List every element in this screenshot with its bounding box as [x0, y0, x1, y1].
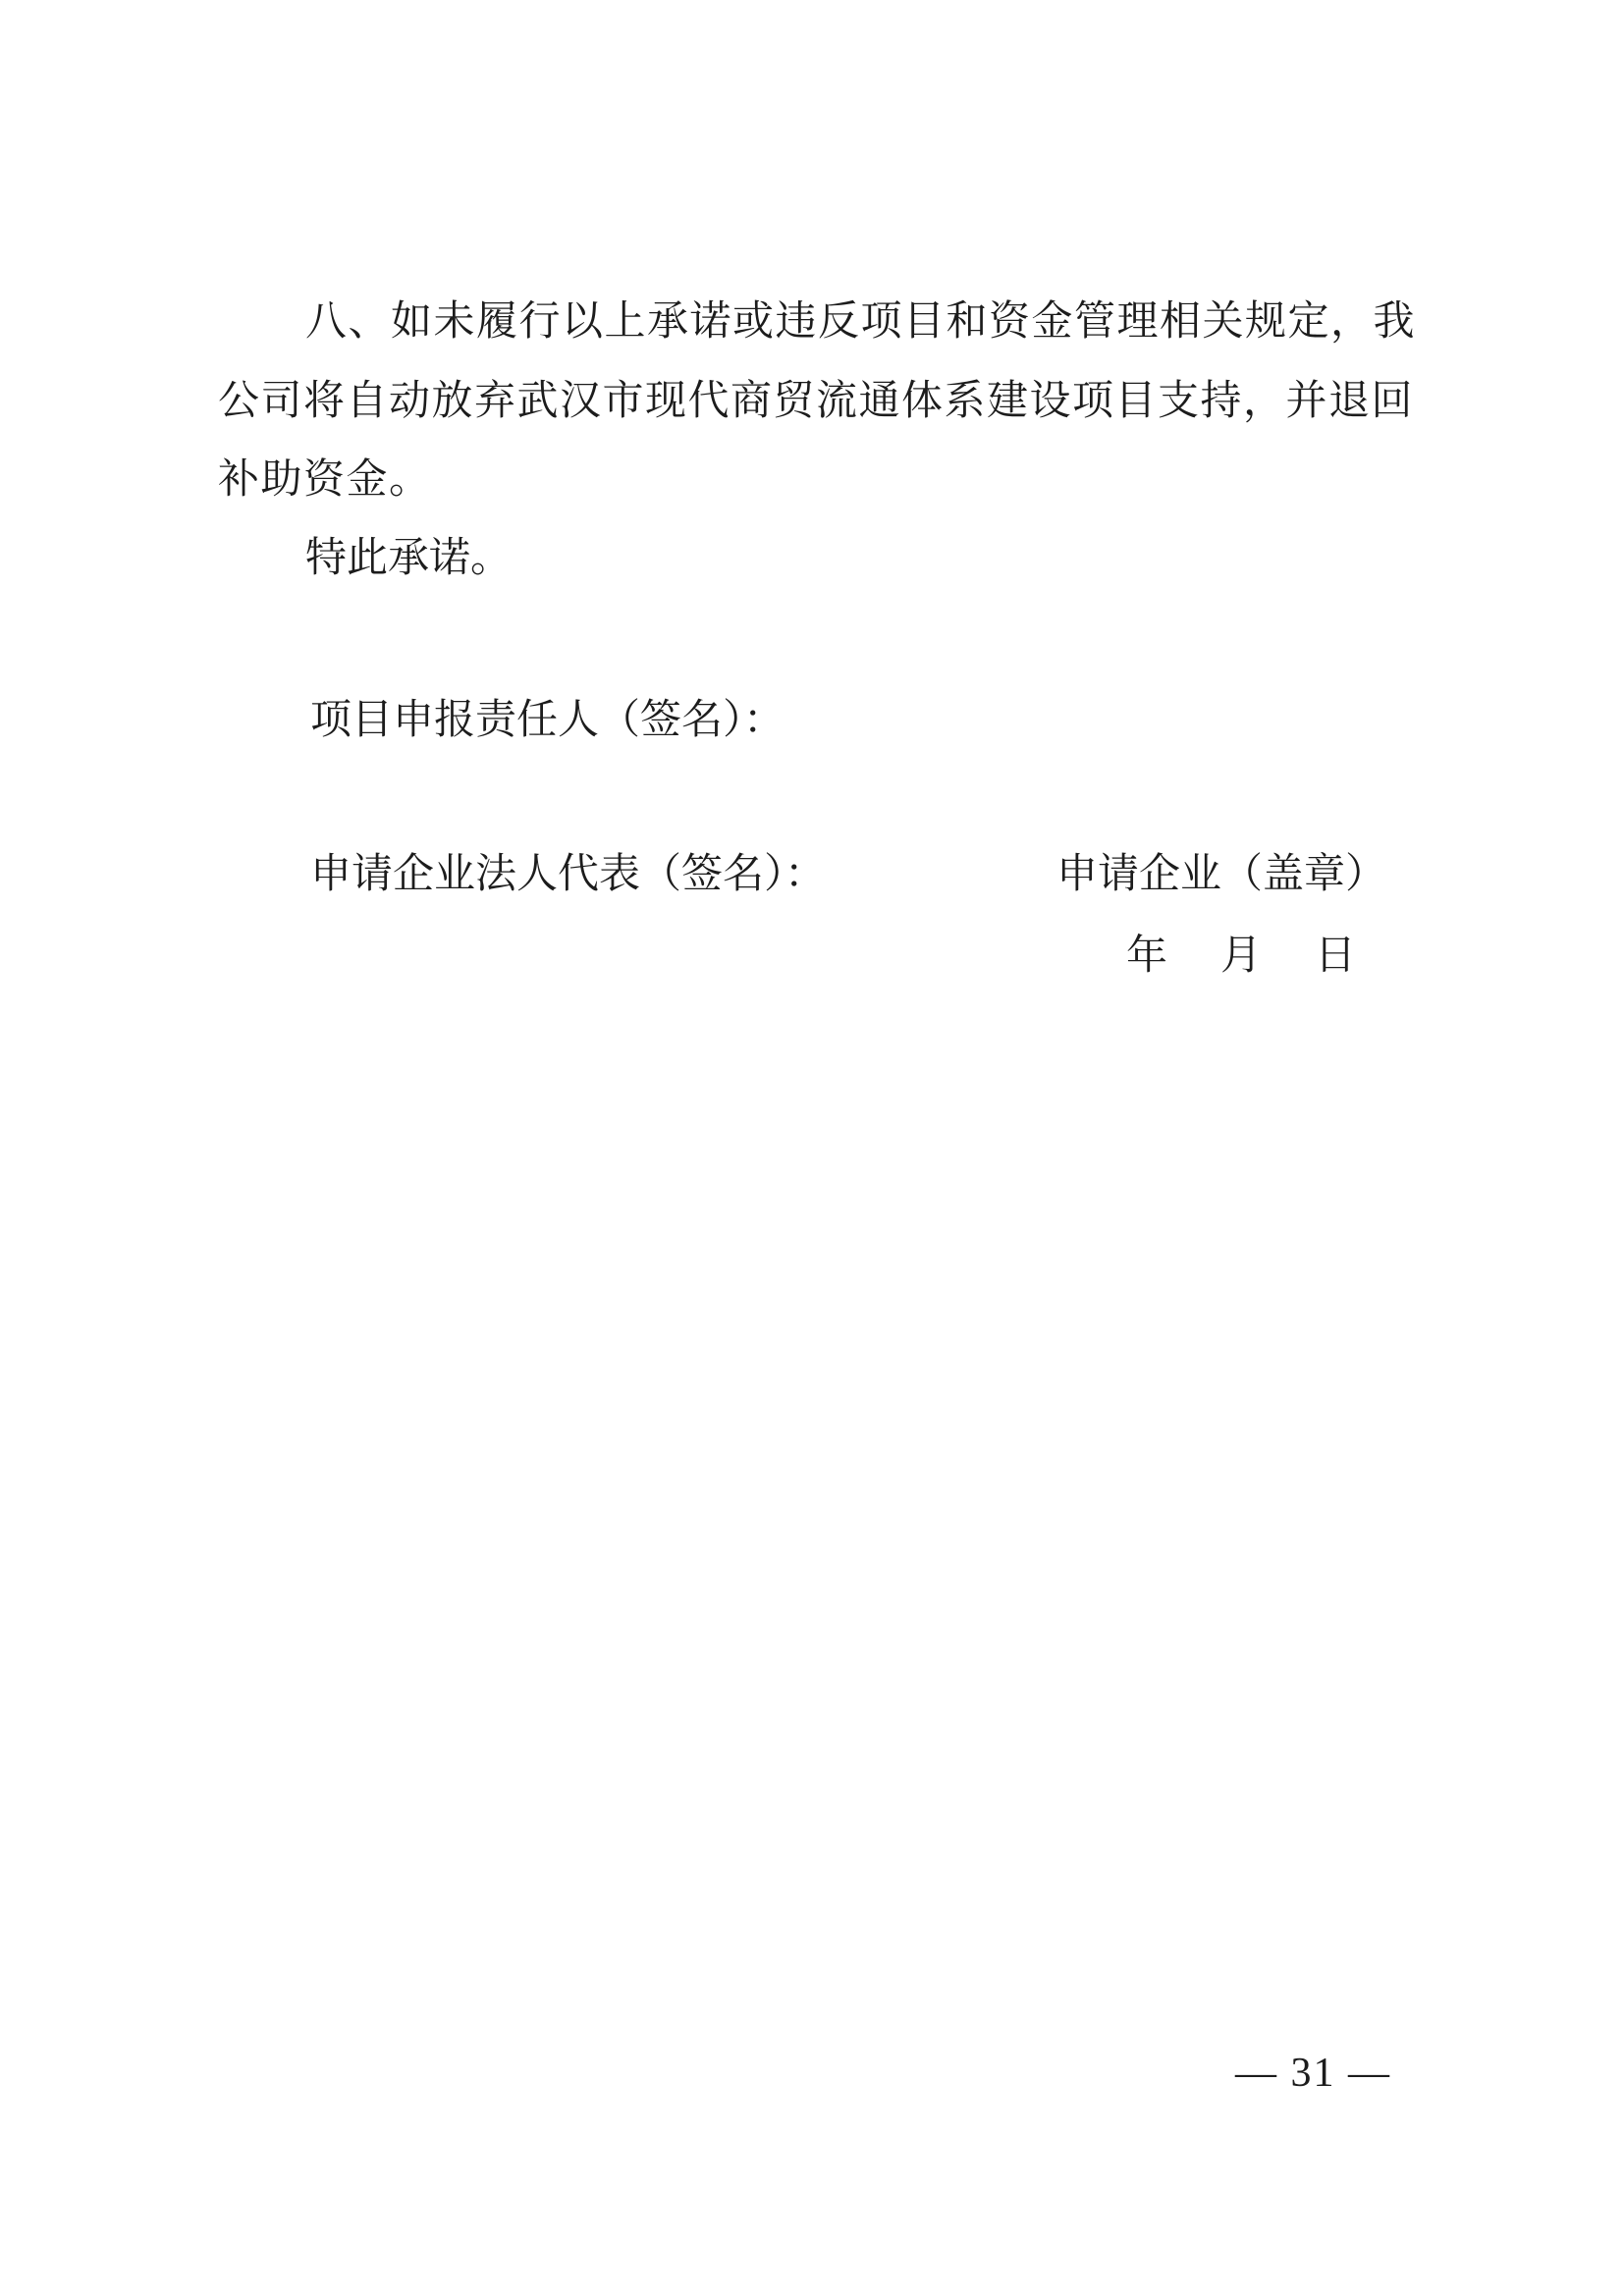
project-responsible-signature-label: 项目申报责任人（签名）： [310, 698, 784, 743]
legal-representative-signature-label: 申请企业法人代表（签名）： [310, 852, 826, 897]
clause-line-3: 补助资金。 [218, 457, 432, 503]
document-page: 八、如未履行以上承诺或违反项目和资金管理相关规定，我 公司将自动放弃武汉市现代商… [0, 0, 1623, 2296]
date-line: 年 月 日 [1126, 934, 1362, 979]
company-seal-label: 申请企业（盖章） [1056, 852, 1386, 897]
clause-line-1: 八、如未履行以上承诺或违反项目和资金管理相关规定，我 [305, 299, 1416, 345]
closing-statement: 特此承诺。 [305, 536, 512, 581]
clause-line-2: 公司将自动放弃武汉市现代商贸流通体系建设项目支持，并退回 [218, 379, 1414, 424]
page-number: — 31 — [1235, 2051, 1391, 2096]
